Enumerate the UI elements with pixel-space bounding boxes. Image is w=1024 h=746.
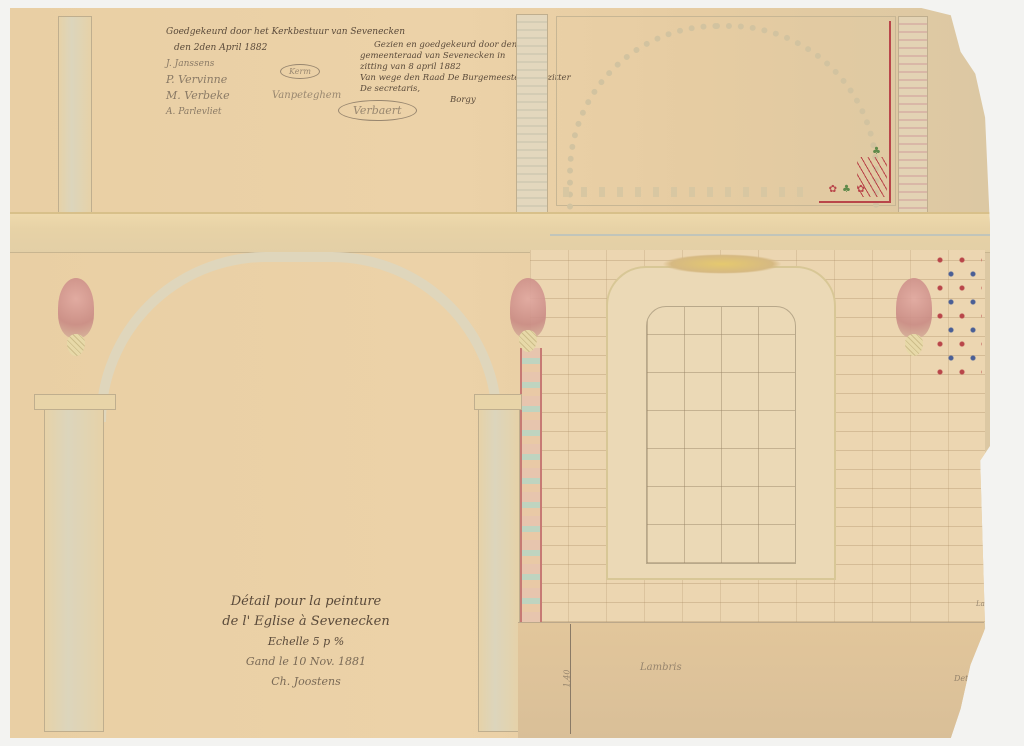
red-rosette-icon: ✿ xyxy=(857,185,865,195)
dado-panel xyxy=(518,622,984,739)
rosette-panel xyxy=(936,254,982,380)
dimension-value: 1,40 xyxy=(562,670,571,688)
pilaster-left-capital xyxy=(34,394,116,410)
pine-cone-pendant-left xyxy=(67,334,85,356)
ceiling-side-band xyxy=(898,16,928,214)
stencil-band-vertical xyxy=(516,14,548,214)
cornice-entablature xyxy=(10,212,990,253)
pilaster-left xyxy=(44,400,104,732)
title-line1: Détail pour la peinture xyxy=(206,592,406,612)
semicircular-arch xyxy=(96,252,502,422)
console-bracket-right xyxy=(896,278,932,338)
drawing-sheet: Goedgekeurd door het Kerkbestuur van Sev… xyxy=(10,8,990,738)
right-edge-label: Lambrisch xyxy=(976,600,1014,608)
window-surround xyxy=(606,266,836,580)
green-trefoil-icon: ♣ xyxy=(872,147,881,157)
console-bracket-center xyxy=(510,278,546,338)
window-glazing xyxy=(646,306,796,564)
console-bracket-left xyxy=(58,278,94,338)
architect-signature: Ch. Joostens xyxy=(206,672,406,692)
green-trefoil-icon: ♣ xyxy=(842,185,851,195)
bottom-right-label: Detail xyxy=(954,674,978,683)
title-line2: de l' Eglise à Sevenecken xyxy=(206,612,406,632)
ceiling-panel: ✿ ♣ ✿ ♣ xyxy=(556,16,896,206)
window-keystone-ornament xyxy=(662,254,782,274)
date-line: Gand le 10 Nov. 1881 xyxy=(206,652,406,672)
title-block: Détail pour la peinture de l' Eglise à S… xyxy=(206,592,406,692)
pilaster-right-capital xyxy=(474,394,522,410)
signature-kerm: Kerm xyxy=(280,64,320,79)
ceiling-base-frieze xyxy=(563,187,813,197)
ornamental-vertical-band xyxy=(520,348,542,624)
approval-left-line1: Goedgekeurd door het Kerkbestuur van Sev… xyxy=(166,24,405,40)
upper-pilaster-left xyxy=(58,16,92,214)
dado-label: Lambris xyxy=(640,662,682,673)
signature-vanpeteghem: Vanpeteghem xyxy=(272,90,341,101)
cornice-shadow-line xyxy=(550,234,990,236)
pilaster-right xyxy=(478,400,520,732)
red-rosette-icon: ✿ xyxy=(829,185,837,195)
scale-label: Echelle 5 p % xyxy=(206,632,406,652)
